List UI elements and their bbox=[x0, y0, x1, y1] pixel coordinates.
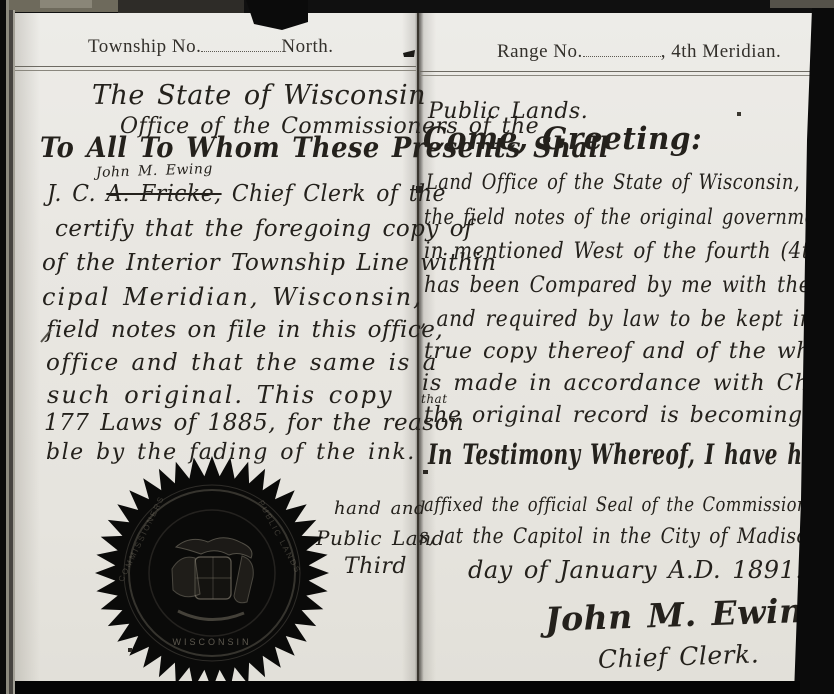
clerk-name-struck: A. Fricke, bbox=[106, 181, 221, 207]
hw-day-of-january: day of January A.D. 1891. bbox=[468, 556, 803, 584]
hw-state-of-wisconsin: The State of Wisconsin bbox=[92, 80, 426, 111]
signature-chief-clerk: Chief Clerk. bbox=[597, 639, 759, 674]
hw-line-third: Third bbox=[344, 554, 407, 579]
seal-left-figure bbox=[172, 557, 200, 597]
printed-header-right: Range No., 4th Meridian. bbox=[497, 41, 781, 63]
hw-land-office: Land Office of the State of Wisconsin, d… bbox=[426, 170, 834, 194]
hw-clerk-name-line: J. C. A. Fricke, Chief Clerk of the bbox=[47, 181, 446, 207]
hw-line-certify: certify that the foregoing copy of bbox=[55, 216, 473, 242]
hw-line-office-same: office and that the same is a bbox=[46, 350, 438, 376]
hw-becoming-illegible: the original record is becoming illegi- bbox=[424, 403, 834, 428]
hw-required-by-law: , and required by law to be kept in this bbox=[420, 307, 834, 332]
commissioners-public-lands-seal: COMMISSIONERS PUBLIC LANDS WISCONSIN bbox=[92, 453, 332, 693]
hw-line-cipal-meridian: cipal Meridian, Wisconsin, bbox=[42, 283, 423, 311]
hw-west-of-fourth: in mentioned West of the fourth (4th) pr… bbox=[424, 239, 834, 264]
hw-accordance-chapter: is made in accordance with Chapter bbox=[422, 371, 834, 396]
hw-line-field-notes: field notes on file in this office, bbox=[46, 317, 443, 343]
hw-come-greeting: Come, Greeting: bbox=[423, 121, 702, 157]
hw-in-testimony-whereof: In Testimony Whereof, I have hereunto se… bbox=[428, 438, 834, 471]
north-label: North. bbox=[281, 36, 333, 57]
clerk-name-before: J. C. bbox=[47, 181, 106, 207]
township-blank-line bbox=[201, 36, 281, 52]
township-label: Township No. bbox=[88, 36, 201, 57]
hw-field-notes-survey: the field notes of the original governme… bbox=[424, 205, 834, 229]
range-blank-line bbox=[583, 41, 661, 57]
printed-header-left: Township No.North. bbox=[88, 36, 333, 58]
header-rule-left bbox=[14, 66, 416, 71]
hw-line-hand-and: hand and bbox=[334, 498, 426, 519]
hw-true-copy: true copy thereof and of the whole of bbox=[424, 339, 834, 364]
clerk-name-after: Chief Clerk of the bbox=[222, 181, 446, 207]
book-gutter-line bbox=[417, 11, 419, 682]
header-rule-right bbox=[420, 71, 812, 76]
range-label: Range No. bbox=[497, 41, 583, 62]
hw-capitol-madison: s, at the Capitol in the City of Madison… bbox=[419, 524, 834, 548]
hw-line-such-original: such original. This copy bbox=[47, 381, 394, 409]
hw-affixed-official-seal: affixed the official Seal of the Commiss… bbox=[424, 492, 834, 516]
meridian-label: , 4th Meridian. bbox=[661, 41, 781, 62]
seal-ring-text-wisconsin: WISCONSIN bbox=[172, 637, 251, 647]
hw-compared-by-me: has been Compared by me with the origina… bbox=[424, 273, 834, 298]
hw-line-177-laws: 177 Laws of 1885, for the reason bbox=[44, 410, 464, 436]
survey-record-book-scan: Township No.North. Range No., 4th Meridi… bbox=[0, 0, 834, 694]
left-binding-shade bbox=[14, 11, 40, 682]
